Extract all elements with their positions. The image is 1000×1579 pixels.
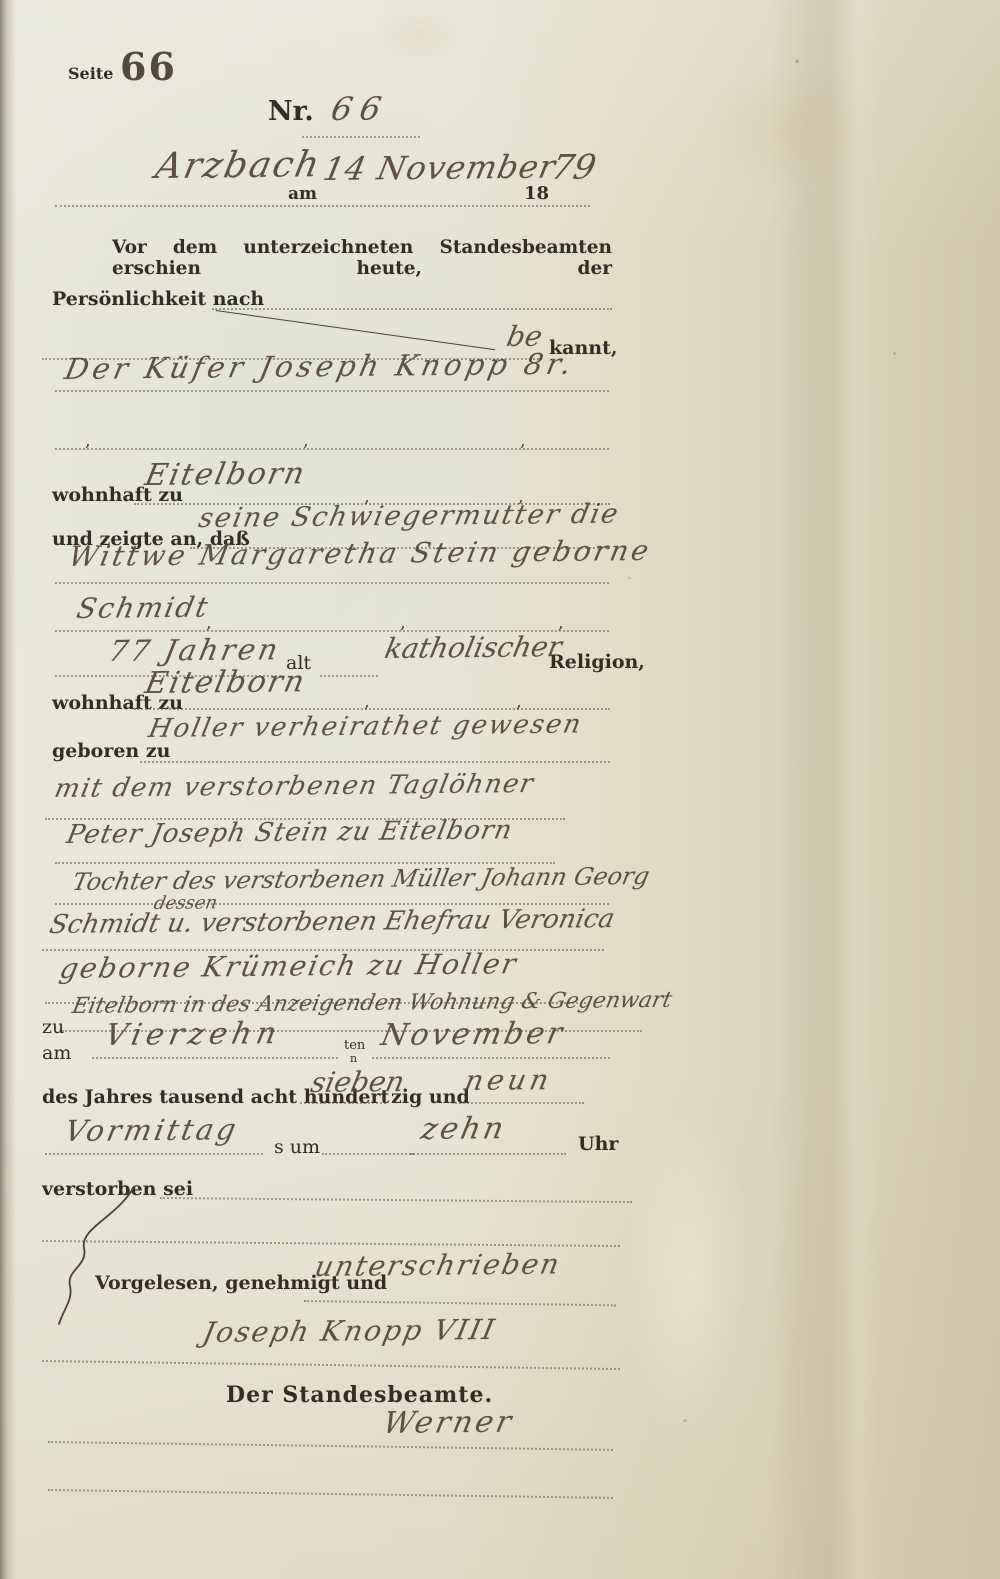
form-tick: , <box>303 430 309 451</box>
standesbeamte-title: Der Standesbeamte. <box>226 1382 493 1408</box>
dotted-line <box>55 205 590 207</box>
s-um-label: s um <box>274 1136 320 1158</box>
dotted-line <box>212 308 612 310</box>
strike-line <box>216 310 495 350</box>
year-written: 79 <box>548 148 599 188</box>
persoenlichkeit-label: Persönlichkeit nach <box>52 288 264 310</box>
dotted-line <box>372 1057 610 1059</box>
time-of-day-value: Vormittag <box>62 1112 242 1148</box>
zeigte-an-value: seine Schwiegermutter die <box>196 499 623 534</box>
dotted-line <box>160 1197 632 1203</box>
dotted-line <box>452 1102 584 1104</box>
registry-page: Seite 66 Nr. 66 Arzbach am 14 November 1… <box>0 0 1000 1579</box>
dotted-line <box>42 1360 620 1370</box>
year-printed: 18 <box>524 183 549 204</box>
form-tick: , <box>520 430 526 451</box>
spouse-line2: Peter Joseph Stein zu Eitelborn <box>64 815 515 850</box>
dotted-line <box>92 1057 338 1059</box>
parents-line1: Tochter des verstorbenen Müller Johann G… <box>70 862 652 896</box>
n-suffix-label: n <box>350 1052 357 1065</box>
dotted-line <box>322 1153 414 1155</box>
paper-speck <box>628 577 631 579</box>
year-part2-value: neun <box>462 1063 556 1097</box>
death-day-value: Vierzehn <box>102 1016 284 1053</box>
record-number-value: 66 <box>328 89 393 128</box>
deceased-name-line1: Wittwe Margaretha Stein geborne <box>66 534 654 573</box>
wohnhaft-value-1: Eitelborn <box>142 456 309 493</box>
wohnhaft-value-2: Eitelborn <box>142 664 309 701</box>
intro-line: Vor dem unterzeichneten Standesbeamten e… <box>112 237 612 279</box>
paper-speck <box>683 1419 687 1422</box>
geboren-value: Holler verheirathet gewesen <box>146 709 585 744</box>
page-label: Seite <box>68 64 113 83</box>
dotted-line <box>48 1441 613 1451</box>
death-month-value: November <box>378 1016 568 1053</box>
unterschrieben-value: unterschrieben <box>312 1247 564 1283</box>
uhr-label: Uhr <box>578 1133 618 1155</box>
parents-line3: geborne Krümeich zu Holler <box>57 947 521 985</box>
religion-label: Religion, <box>549 651 645 673</box>
place-value: Arzbach <box>152 144 325 187</box>
declarant-line: Der Küfer Joseph Knopp 8r. <box>62 347 578 386</box>
form-tick: , <box>206 612 212 633</box>
ten-suffix-label: ten <box>344 1038 365 1053</box>
dotted-line <box>320 675 378 677</box>
paper-speck <box>893 352 896 355</box>
spouse-line1: mit dem verstorbenen Taglöhner <box>52 769 537 804</box>
dotted-line <box>300 1102 386 1104</box>
deceased-name-line2: Schmidt <box>74 591 213 625</box>
page-fold-shadow <box>770 0 880 1579</box>
hour-value: zehn <box>418 1111 509 1147</box>
dotted-line <box>304 1300 616 1306</box>
flourish-stroke <box>56 1184 146 1334</box>
am-label-2: am <box>42 1042 71 1064</box>
am-label: am <box>288 184 317 204</box>
dotted-line <box>45 1153 263 1155</box>
paper-speck <box>795 60 799 63</box>
dotted-line <box>55 582 609 584</box>
zig-und-label: zig und <box>391 1086 470 1108</box>
dotted-line <box>55 390 609 392</box>
religion-value: katholischer <box>382 630 565 665</box>
book-edge-shadow <box>0 0 16 1579</box>
declarant-signature: Joseph Knopp VIII <box>200 1313 499 1349</box>
dotted-line <box>302 136 420 138</box>
death-place-value: Eitelborn in des Anzeigenden Wohnung & G… <box>70 988 674 1019</box>
dotted-line <box>55 448 609 450</box>
dotted-line <box>140 761 610 763</box>
parents-line2: Schmidt u. verstorbenen Ehefrau Veronica <box>47 904 617 940</box>
record-number-label: Nr. <box>268 96 314 127</box>
form-tick: , <box>516 691 522 712</box>
dotted-line <box>410 1153 566 1155</box>
date-value: 14 November <box>320 148 559 188</box>
registrar-signature: Werner <box>380 1405 517 1441</box>
dotted-line <box>48 1489 613 1499</box>
page-number: 66 <box>120 44 177 89</box>
age-value: 77 Jahren <box>106 632 284 668</box>
zu-label: zu <box>42 1016 64 1038</box>
form-tick: , <box>400 612 406 633</box>
form-tick: , <box>364 691 370 712</box>
form-tick: , <box>85 430 91 451</box>
